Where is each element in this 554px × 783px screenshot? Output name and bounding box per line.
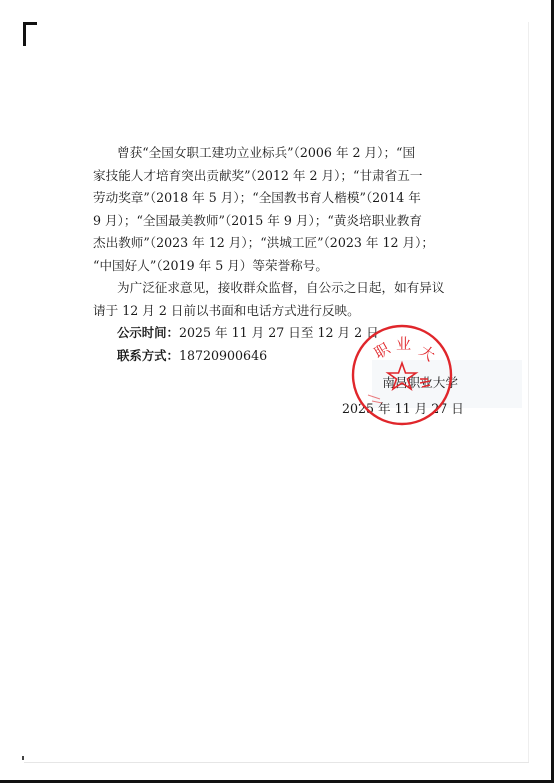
notice-line: 为广泛征求意见，接收群众监督，自公示之日起，如有异议 [117, 277, 419, 300]
svg-text:大: 大 [416, 342, 439, 365]
award-line: 劳动奖章”（2018 年 5 月）；“全国教书育人楷模”（2014 年 [93, 187, 419, 210]
page-edge-right [528, 22, 529, 762]
publicity-period-label: 公示时间： [117, 325, 179, 340]
crop-corner-mark [23, 22, 37, 46]
notice-line: 请于 12 月 2 日前以书面和电话方式进行反映。 [93, 300, 419, 323]
page-edge-bottom [24, 762, 529, 763]
award-line: 杰出教师”（2023 年 12 月）；“洪城工匠”（2023 年 12 月）； [93, 232, 419, 255]
svg-text:职: 职 [371, 339, 394, 363]
contact-label: 联系方式： [117, 348, 179, 363]
award-line: 曾获“全国女职工建功立业标兵”（2006 年 2 月）；“国 [117, 142, 419, 165]
notice-paragraph: 为广泛征求意见，接收群众监督，自公示之日起，如有异议 请于 12 月 2 日前以… [117, 277, 419, 322]
contact-phone: 18720900646 [179, 348, 267, 363]
svg-text:业: 业 [396, 335, 411, 353]
scan-speck [22, 756, 24, 760]
award-paragraph: 曾获“全国女职工建功立业标兵”（2006 年 2 月）；“国 家技能人才培育突出… [117, 142, 419, 277]
publicity-period-value: 2025 年 11 月 27 日至 12 月 2 日 [179, 325, 379, 340]
award-line: 9 月）；“全国最美教师”（2015 年 9 月）；“黄炎培职业教育 [93, 210, 419, 233]
official-seal-icon: 职 业 大 [350, 323, 454, 427]
award-line: “中国好人”（2019 年 5 月）等荣誉称号。 [93, 255, 419, 278]
award-line: 家技能人才培育突出贡献奖”（2012 年 2 月）；“甘肃省五一 [93, 165, 419, 188]
